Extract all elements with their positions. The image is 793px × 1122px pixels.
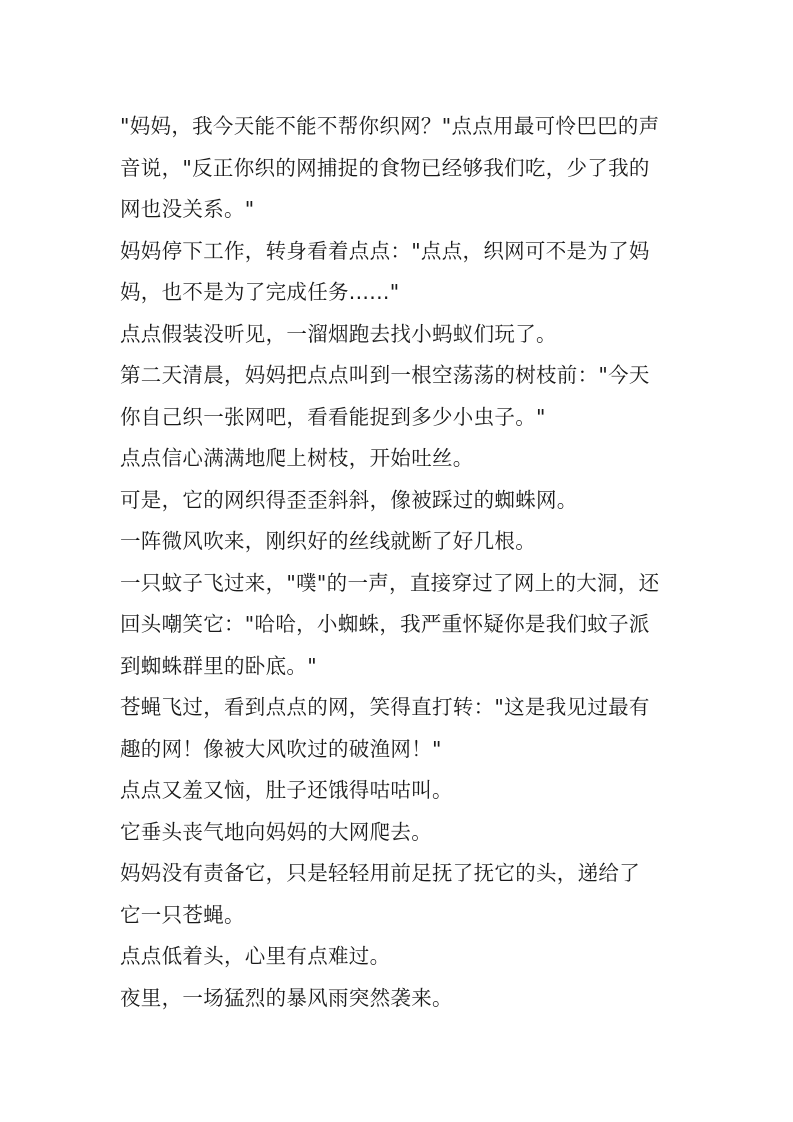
paragraph-3: 点点假装没听见，一溜烟跑去找小蚂蚁们玩了。 [120, 314, 680, 356]
paragraph-2: 妈妈停下工作，转身看着点点："点点，织网可不是为了妈 妈，也不是为了完成任务..… [120, 231, 680, 314]
text-line: 趣的网！像被大风吹过的破渔网！" [120, 729, 680, 771]
paragraph-8: 一只蚊子飞过来，"噗"的一声，直接穿过了网上的大洞，还 回头嘲笑它："哈哈，小蜘… [120, 563, 680, 688]
text-line: 点点低着头，心里有点难过。 [120, 936, 680, 978]
text-line: 可是，它的网织得歪歪斜斜，像被踩过的蜘蛛网。 [120, 480, 680, 522]
text-line: 夜里，一场猛烈的暴风雨突然袭来。 [120, 978, 680, 1020]
text-line: 你自己织一张网吧，看看能捉到多少小虫子。" [120, 397, 680, 439]
text-line: 妈，也不是为了完成任务......" [120, 272, 680, 314]
text-line: 回头嘲笑它："哈哈，小蜘蛛，我严重怀疑你是我们蚊子派 [120, 604, 680, 646]
text-line: 苍蝇飞过，看到点点的网，笑得直打转："这是我见过最有 [120, 687, 680, 729]
text-line: 它垂头丧气地向妈妈的大网爬去。 [120, 812, 680, 854]
document-page: "妈妈，我今天能不能不帮你织网？"点点用最可怜巴巴的声 音说，"反正你织的网捕捉… [120, 106, 680, 1019]
paragraph-14: 夜里，一场猛烈的暴风雨突然袭来。 [120, 978, 680, 1020]
text-line: 点点信心满满地爬上树枝，开始吐丝。 [120, 438, 680, 480]
paragraph-13: 点点低着头，心里有点难过。 [120, 936, 680, 978]
text-line: 妈妈没有责备它，只是轻轻用前足抚了抚它的头，递给了 [120, 853, 680, 895]
paragraph-12: 妈妈没有责备它，只是轻轻用前足抚了抚它的头，递给了 它一只苍蝇。 [120, 853, 680, 936]
text-line: 一阵微风吹来，刚织好的丝线就断了好几根。 [120, 521, 680, 563]
paragraph-5: 点点信心满满地爬上树枝，开始吐丝。 [120, 438, 680, 480]
text-line: 点点假装没听见，一溜烟跑去找小蚂蚁们玩了。 [120, 314, 680, 356]
paragraph-11: 它垂头丧气地向妈妈的大网爬去。 [120, 812, 680, 854]
text-line: 音说，"反正你织的网捕捉的食物已经够我们吃，少了我的 [120, 148, 680, 190]
paragraph-10: 点点又羞又恼，肚子还饿得咕咕叫。 [120, 770, 680, 812]
text-line: 一只蚊子飞过来，"噗"的一声，直接穿过了网上的大洞，还 [120, 563, 680, 605]
text-line: "妈妈，我今天能不能不帮你织网？"点点用最可怜巴巴的声 [120, 106, 680, 148]
text-line: 妈妈停下工作，转身看着点点："点点，织网可不是为了妈 [120, 231, 680, 273]
paragraph-6: 可是，它的网织得歪歪斜斜，像被踩过的蜘蛛网。 [120, 480, 680, 522]
text-line: 到蜘蛛群里的卧底。" [120, 646, 680, 688]
text-line: 它一只苍蝇。 [120, 895, 680, 937]
paragraph-1: "妈妈，我今天能不能不帮你织网？"点点用最可怜巴巴的声 音说，"反正你织的网捕捉… [120, 106, 680, 231]
paragraph-9: 苍蝇飞过，看到点点的网，笑得直打转："这是我见过最有 趣的网！像被大风吹过的破渔… [120, 687, 680, 770]
text-line: 网也没关系。" [120, 189, 680, 231]
text-line: 点点又羞又恼，肚子还饿得咕咕叫。 [120, 770, 680, 812]
text-line: 第二天清晨，妈妈把点点叫到一根空荡荡的树枝前："今天 [120, 355, 680, 397]
paragraph-4: 第二天清晨，妈妈把点点叫到一根空荡荡的树枝前："今天 你自己织一张网吧，看看能捉… [120, 355, 680, 438]
paragraph-7: 一阵微风吹来，刚织好的丝线就断了好几根。 [120, 521, 680, 563]
